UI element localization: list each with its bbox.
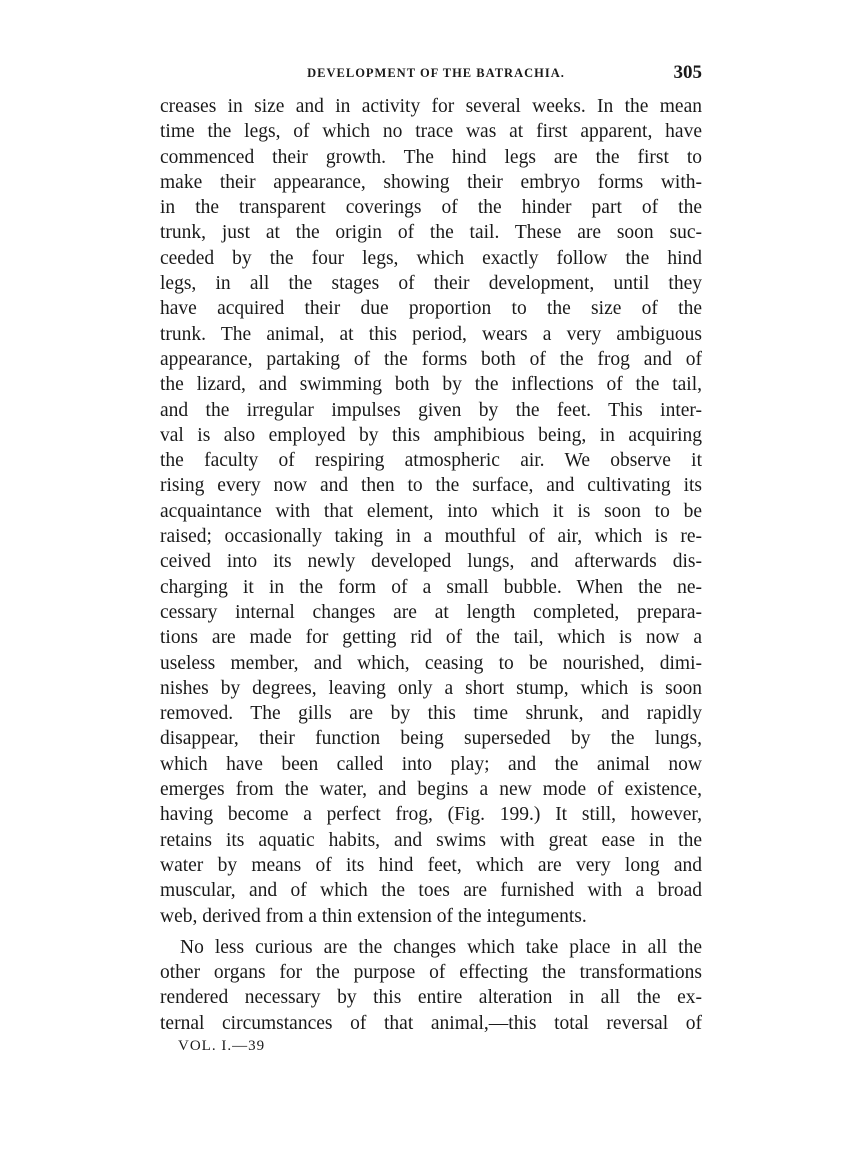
text-line: ternal circumstances of that animal,—thi…: [160, 1011, 702, 1036]
text-line: rendered necessary by this entire altera…: [160, 985, 702, 1010]
text-line: nishes by degrees, leaving only a short …: [160, 676, 702, 701]
signature-mark: VOL. I.—39: [160, 1038, 702, 1055]
text-line: removed. The gills are by this time shru…: [160, 701, 702, 726]
text-line: No less curious are the changes which ta…: [160, 935, 702, 960]
text-line: emerges from the water, and begins a new…: [160, 777, 702, 802]
paragraph-1: creases in size and in activity for seve…: [160, 94, 702, 929]
text-line: which have been called into play; and th…: [160, 752, 702, 777]
body-text: creases in size and in activity for seve…: [160, 94, 702, 1036]
text-line: val is also employed by this amphibious …: [160, 423, 702, 448]
text-line: tions are made for getting rid of the ta…: [160, 625, 702, 650]
paragraph-2: No less curious are the changes which ta…: [160, 935, 702, 1036]
text-line: charging it in the form of a small bubbl…: [160, 575, 702, 600]
text-line: trunk, just at the origin of the tail. T…: [160, 220, 702, 245]
text-line: other organs for the purpose of effectin…: [160, 960, 702, 985]
text-line: commenced their growth. The hind legs ar…: [160, 145, 702, 170]
text-line: legs, in all the stages of their develop…: [160, 271, 702, 296]
book-page: DEVELOPMENT OF THE BATRACHIA. 305 crease…: [160, 62, 702, 1055]
text-line: time the legs, of which no trace was at …: [160, 119, 702, 144]
text-line: the faculty of respiring atmospheric air…: [160, 448, 702, 473]
text-line: ceeded by the four legs, which exactly f…: [160, 246, 702, 271]
text-line: in the transparent coverings of the hind…: [160, 195, 702, 220]
text-line: ceived into its newly developed lungs, a…: [160, 549, 702, 574]
text-line: water by means of its hind feet, which a…: [160, 853, 702, 878]
text-line: muscular, and of which the toes are furn…: [160, 878, 702, 903]
page-number: 305: [674, 62, 703, 84]
running-title: DEVELOPMENT OF THE BATRACHIA.: [160, 66, 702, 81]
text-line: acquaintance with that element, into whi…: [160, 499, 702, 524]
text-line: rising every now and then to the surface…: [160, 473, 702, 498]
text-line: the lizard, and swimming both by the inf…: [160, 372, 702, 397]
text-line: useless member, and which, ceasing to be…: [160, 651, 702, 676]
text-line: disappear, their function being supersed…: [160, 726, 702, 751]
text-line: web, derived from a thin extension of th…: [160, 904, 702, 929]
text-line: retains its aquatic habits, and swims wi…: [160, 828, 702, 853]
text-line: have acquired their due proportion to th…: [160, 296, 702, 321]
text-line: and the irregular impulses given by the …: [160, 398, 702, 423]
text-line: having become a perfect frog, (Fig. 199.…: [160, 802, 702, 827]
running-head: DEVELOPMENT OF THE BATRACHIA. 305: [160, 62, 702, 92]
text-line: raised; occasionally taking in a mouthfu…: [160, 524, 702, 549]
text-line: cessary internal changes are at length c…: [160, 600, 702, 625]
text-line: make their appearance, showing their emb…: [160, 170, 702, 195]
text-line: appearance, partaking of the forms both …: [160, 347, 702, 372]
text-line: creases in size and in activity for seve…: [160, 94, 702, 119]
text-line: trunk. The animal, at this period, wears…: [160, 322, 702, 347]
